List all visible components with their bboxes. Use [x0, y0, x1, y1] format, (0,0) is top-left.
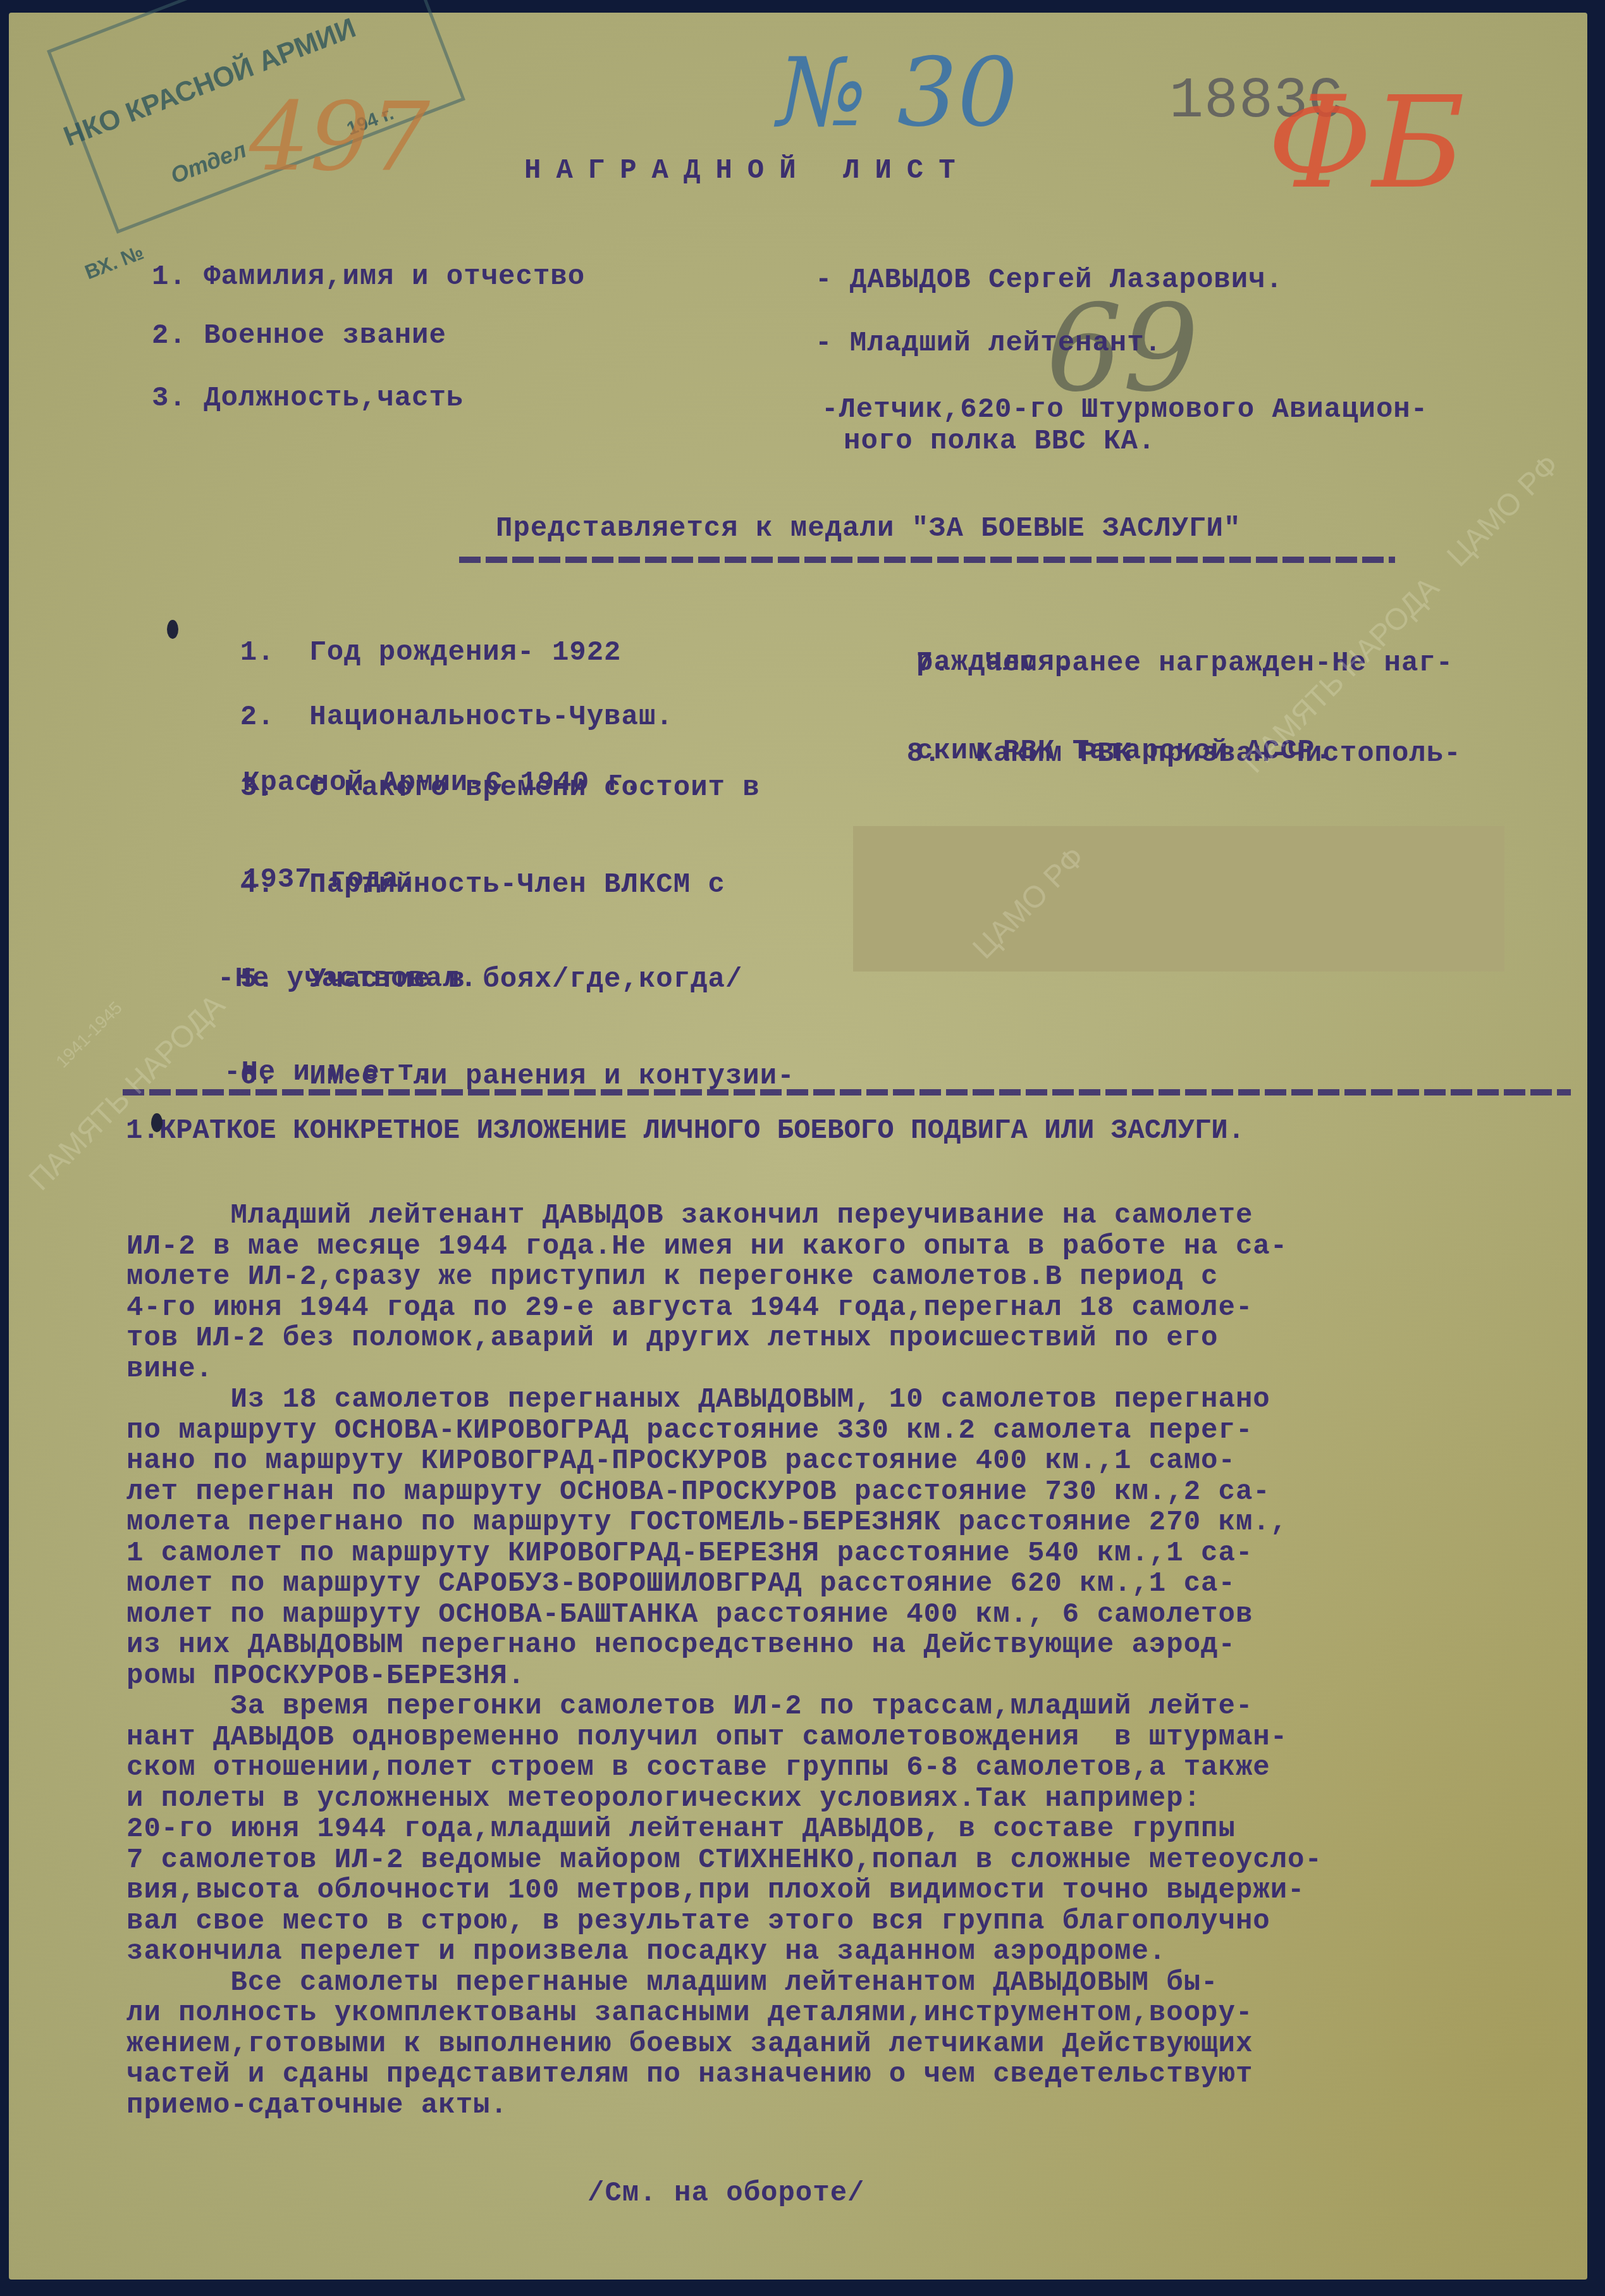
body-line: 4-го июня 1944 года по 29-е августа 1944…: [126, 1293, 1322, 1324]
body-line: Все самолеты перегнаные младшим лейтенан…: [126, 1968, 1322, 1999]
item-2-num: 2.: [240, 701, 275, 733]
field-value-position-line2: ного полка ВВС КА.: [844, 424, 1155, 459]
field-label-name: 1. Фамилия,имя и отчество: [152, 259, 585, 295]
stamp-incoming: ВХ. №: [82, 240, 147, 284]
award-sheet-paper: НКО КРАСНОЙ АРМИИ Отдел 194 г. ВХ. № 497…: [9, 13, 1587, 2280]
body-line: ИЛ-2 в мае месяце 1944 года.Не имея ни к…: [126, 1231, 1322, 1262]
body-line: по маршруту ОСНОВА-КИРОВОГРАД расстояние…: [126, 1416, 1322, 1447]
body-line: молет по маршруту ОСНОВА-БАШТАНКА рассто…: [126, 1600, 1322, 1631]
body-line: тов ИЛ-2 без поломок,аварий и других лет…: [126, 1323, 1322, 1354]
body-line: ромы ПРОСКУРОВ-БЕРЕЗНЯ.: [126, 1661, 1322, 1692]
body-line: 20-го июня 1944 года,младший лейтенант Д…: [126, 1814, 1322, 1845]
section-divider: [123, 1089, 1571, 1096]
handwritten-red-mark: ФБ: [1267, 70, 1465, 217]
body-line: нано по маршруту КИРОВОГРАД-ПРОСКУРОВ ра…: [126, 1446, 1322, 1477]
citation-body: Младший лейтенант ДАВЫДОВ закончил переу…: [126, 1200, 1322, 2121]
body-line: 1 самолет по маршруту КИРОВОГРАД-БЕРЕЗНЯ…: [126, 1538, 1322, 1569]
item-5-line2: -Не участвовал.: [218, 961, 477, 997]
field-value-rank: - Младший лейтенант.: [815, 326, 1162, 361]
body-line: нант ДАВЫДОВ одновременно получил опыт с…: [126, 1722, 1322, 1753]
field-value-position: -Летчик,620-го Штурмового Авиацион-: [821, 392, 1428, 428]
item-7-line2: раждался.: [916, 645, 1073, 681]
body-line: молете ИЛ-2,сразу же приступил к перегон…: [126, 1262, 1322, 1293]
body-line: лет перегнан по маршруту ОСНОВА-ПРОСКУРО…: [126, 1477, 1322, 1508]
body-line: ли полность укомплектованы запасными дет…: [126, 1998, 1322, 2029]
body-line: и полеты в усложненых метеорологических …: [126, 1784, 1322, 1815]
item-4-line2: 1937 года.: [243, 862, 416, 898]
item-2-text: Национальность-Чуваш.: [309, 701, 673, 733]
handwritten-blue-number: № 30: [777, 38, 1018, 148]
body-line: частей и сданы представителям по назначе…: [126, 2059, 1322, 2090]
body-line: приемо-сдаточные акты.: [126, 2090, 1322, 2121]
document-title: НАГРАДНОЙ ЛИСТ: [524, 155, 971, 187]
body-line: Младший лейтенант ДАВЫДОВ закончил переу…: [126, 1200, 1322, 1231]
field-label-rank: 2. Военное звание: [152, 318, 446, 354]
body-line: вал свое место в строю, в результате это…: [126, 1906, 1322, 1937]
body-line: молета перегнано по маршруту ГОСТОМЕЛЬ-Б…: [126, 1507, 1322, 1538]
body-line: жением,готовыми к выполнению боевых зада…: [126, 2029, 1322, 2060]
item-6-line2: -Не и м е т.: [224, 1055, 432, 1090]
punch-hole: [151, 1113, 163, 1132]
body-line: вия,высота облочности 100 метров,при пло…: [126, 1875, 1322, 1906]
body-line: 7 самолетов ИЛ-2 ведомые майором СТИХНЕН…: [126, 1845, 1322, 1876]
nomination-underline: [459, 557, 1395, 563]
watermark-years: 1941-1945: [52, 997, 126, 1071]
body-line: ском отношении,полет строем в составе гр…: [126, 1753, 1322, 1784]
see-reverse-note: /См. на обороте/: [587, 2176, 864, 2211]
body-line: из них ДАВЫДОВЫМ перегнано непосредствен…: [126, 1630, 1322, 1661]
field-label-position: 3. Должность,часть: [152, 381, 464, 416]
body-line: Из 18 самолетов перегнаных ДАВЫДОВЫМ, 10…: [126, 1385, 1322, 1416]
handwritten-stamp-number: 497: [249, 82, 430, 192]
item-3-line2: Красной Армии-С 1940 г.: [243, 765, 641, 801]
body-line: закончила перелет и произвела посадку на…: [126, 1937, 1322, 1968]
section-heading: 1.КРАТКОЕ КОНКРЕТНОЕ ИЗЛОЖЕНИЕ ЛИЧНОГО Б…: [126, 1113, 1245, 1149]
punch-hole: [167, 620, 178, 639]
redacted-address-block: [853, 826, 1504, 972]
body-line: вине.: [126, 1354, 1322, 1385]
watermark-camo: ЦАМО РФ: [1441, 448, 1566, 574]
body-line: молет по маршруту САРОБУЗ-ВОРОШИЛОВГРАД …: [126, 1569, 1322, 1600]
nomination-line: Представляется к медали "ЗА БОЕВЫЕ ЗАСЛУ…: [496, 511, 1241, 546]
body-line: За время перегонки самолетов ИЛ-2 по тра…: [126, 1691, 1322, 1722]
field-value-name: - ДАВЫДОВ Сергей Лазарович.: [815, 262, 1283, 298]
